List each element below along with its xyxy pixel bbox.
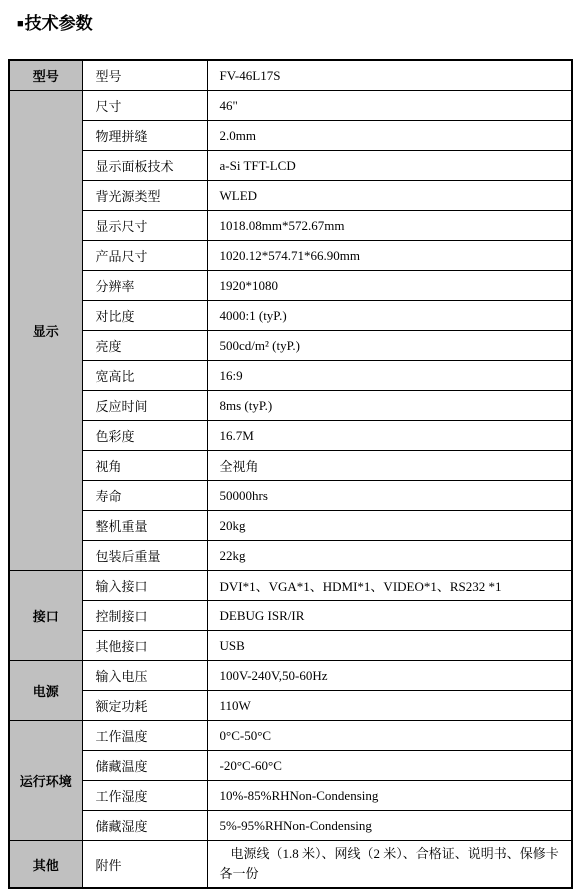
- spec-row: 电源 输入电压 100V-240V,50-60Hz: [9, 661, 572, 691]
- spec-label: 显示面板技术: [82, 151, 207, 181]
- spec-value: 100V-240V,50-60Hz: [207, 661, 572, 691]
- square-bullet-icon: ■: [17, 18, 24, 30]
- category-cell-environment: 运行环境: [9, 721, 82, 841]
- spec-label: 背光源类型: [82, 181, 207, 211]
- spec-value: 1018.08mm*572.67mm: [207, 211, 572, 241]
- spec-value: 1020.12*574.71*66.90mm: [207, 241, 572, 271]
- spec-row: 分辨率 1920*1080: [9, 271, 572, 301]
- category-cell-model: 型号: [9, 60, 82, 91]
- spec-label: 整机重量: [82, 511, 207, 541]
- category-cell-display: 显示: [9, 91, 82, 571]
- spec-label: 物理拼缝: [82, 121, 207, 151]
- spec-label: 分辨率: [82, 271, 207, 301]
- spec-value: 0°C-50°C: [207, 721, 572, 751]
- spec-value: 2.0mm: [207, 121, 572, 151]
- spec-row: 背光源类型 WLED: [9, 181, 572, 211]
- spec-label: 附件: [82, 841, 207, 889]
- spec-label: 储藏湿度: [82, 811, 207, 841]
- spec-label: 亮度: [82, 331, 207, 361]
- spec-row: 额定功耗 110W: [9, 691, 572, 721]
- spec-row: 反应时间 8ms (tyP.): [9, 391, 572, 421]
- spec-value: 22kg: [207, 541, 572, 571]
- spec-row: 接口 输入接口 DVI*1、VGA*1、HDMI*1、VIDEO*1、RS232…: [9, 571, 572, 601]
- spec-row: 储藏湿度 5%-95%RHNon-Condensing: [9, 811, 572, 841]
- category-cell-interface: 接口: [9, 571, 82, 661]
- spec-row: 其他接口 USB: [9, 631, 572, 661]
- spec-label: 反应时间: [82, 391, 207, 421]
- spec-value: 16:9: [207, 361, 572, 391]
- spec-row: 显示尺寸 1018.08mm*572.67mm: [9, 211, 572, 241]
- spec-row: 整机重量 20kg: [9, 511, 572, 541]
- spec-label: 对比度: [82, 301, 207, 331]
- spec-value: 16.7M: [207, 421, 572, 451]
- spec-value: 4000:1 (tyP.): [207, 301, 572, 331]
- spec-value: 8ms (tyP.): [207, 391, 572, 421]
- spec-value: 5%-95%RHNon-Condensing: [207, 811, 572, 841]
- page-title: ■技术参数: [17, 9, 575, 34]
- spec-value: -20°C-60°C: [207, 751, 572, 781]
- spec-value: 46": [207, 91, 572, 121]
- spec-row: 寿命 50000hrs: [9, 481, 572, 511]
- spec-value: 电源线（1.8 米）、网线（2 米）、合格证、说明书、保修卡各一份: [207, 841, 572, 889]
- spec-value: 1920*1080: [207, 271, 572, 301]
- spec-row: 产品尺寸 1020.12*574.71*66.90mm: [9, 241, 572, 271]
- spec-row: 显示 尺寸 46": [9, 91, 572, 121]
- spec-label: 输入电压: [82, 661, 207, 691]
- page-title-text: 技术参数: [25, 14, 93, 33]
- spec-value: USB: [207, 631, 572, 661]
- spec-table: 型号 型号 FV-46L17S 显示 尺寸 46" 物理拼缝 2.0mm 显示面…: [8, 59, 573, 889]
- spec-row: 对比度 4000:1 (tyP.): [9, 301, 572, 331]
- spec-label: 包装后重量: [82, 541, 207, 571]
- spec-row: 储藏温度 -20°C-60°C: [9, 751, 572, 781]
- spec-label: 控制接口: [82, 601, 207, 631]
- spec-value: FV-46L17S: [207, 60, 572, 91]
- spec-value: 110W: [207, 691, 572, 721]
- spec-row: 显示面板技术 a-Si TFT-LCD: [9, 151, 572, 181]
- spec-row: 控制接口 DEBUG ISR/IR: [9, 601, 572, 631]
- spec-row: 视角 全视角: [9, 451, 572, 481]
- spec-value: 全视角: [207, 451, 572, 481]
- spec-label: 型号: [82, 60, 207, 91]
- spec-label: 工作湿度: [82, 781, 207, 811]
- spec-row: 运行环境 工作温度 0°C-50°C: [9, 721, 572, 751]
- spec-row: 工作湿度 10%-85%RHNon-Condensing: [9, 781, 572, 811]
- spec-label: 显示尺寸: [82, 211, 207, 241]
- spec-value: 50000hrs: [207, 481, 572, 511]
- spec-row: 型号 型号 FV-46L17S: [9, 60, 572, 91]
- spec-label: 额定功耗: [82, 691, 207, 721]
- spec-label: 宽高比: [82, 361, 207, 391]
- spec-label: 寿命: [82, 481, 207, 511]
- spec-value: a-Si TFT-LCD: [207, 151, 572, 181]
- spec-row: 物理拼缝 2.0mm: [9, 121, 572, 151]
- category-cell-power: 电源: [9, 661, 82, 721]
- spec-label: 色彩度: [82, 421, 207, 451]
- spec-value: 10%-85%RHNon-Condensing: [207, 781, 572, 811]
- spec-label: 储藏温度: [82, 751, 207, 781]
- spec-label: 工作温度: [82, 721, 207, 751]
- spec-label: 产品尺寸: [82, 241, 207, 271]
- spec-value: 500cd/m² (tyP.): [207, 331, 572, 361]
- spec-value: DEBUG ISR/IR: [207, 601, 572, 631]
- spec-label: 尺寸: [82, 91, 207, 121]
- spec-label: 其他接口: [82, 631, 207, 661]
- spec-row: 色彩度 16.7M: [9, 421, 572, 451]
- spec-row: 其他 附件 电源线（1.8 米）、网线（2 米）、合格证、说明书、保修卡各一份: [9, 841, 572, 889]
- spec-row: 包装后重量 22kg: [9, 541, 572, 571]
- spec-label: 视角: [82, 451, 207, 481]
- spec-row: 宽高比 16:9: [9, 361, 572, 391]
- spec-row: 亮度 500cd/m² (tyP.): [9, 331, 572, 361]
- spec-label: 输入接口: [82, 571, 207, 601]
- spec-value: WLED: [207, 181, 572, 211]
- spec-value: 20kg: [207, 511, 572, 541]
- category-cell-other: 其他: [9, 841, 82, 889]
- spec-value: DVI*1、VGA*1、HDMI*1、VIDEO*1、RS232 *1: [207, 571, 572, 601]
